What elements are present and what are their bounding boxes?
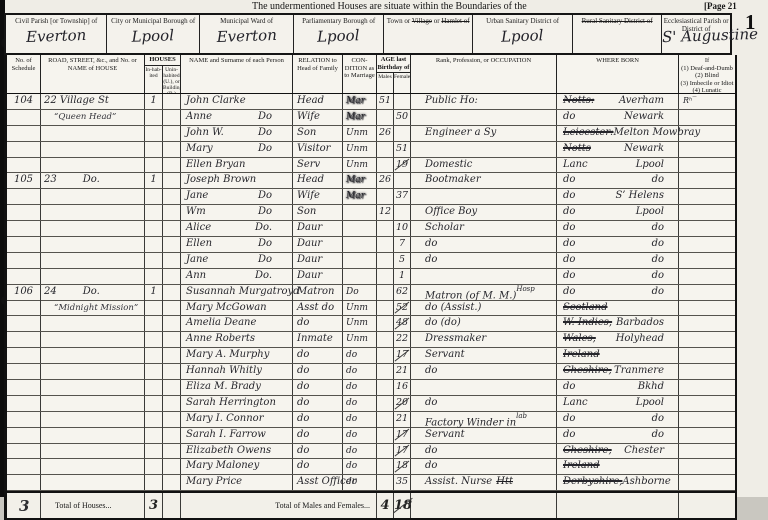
inhabited-mark [145, 444, 163, 459]
condition [343, 221, 377, 236]
schedule-number [7, 126, 41, 141]
infirmity-note [679, 348, 735, 363]
district-box-value: Lpool [473, 25, 572, 46]
district-box: City or Municipal Borough ofLpool [107, 15, 199, 53]
table-row: 10422 Village St1John ClarkeHeadMar51Pub… [7, 94, 735, 110]
person-name: Mary McGowan [181, 301, 293, 316]
infirmity-note [679, 269, 735, 284]
district-box: Parliamentary Borough ofLpool [294, 15, 384, 53]
infirmity-note [679, 396, 735, 411]
district-box: Urban Sanitary District ofLpool [473, 15, 572, 53]
table-row: Mary A. Murphydodo17ServantIreland [7, 348, 735, 364]
age-female: 19 [394, 158, 411, 173]
condition: Unm [343, 332, 377, 347]
inhabited-mark [145, 189, 163, 204]
uninhabited-mark [163, 396, 181, 411]
occupation: Assist. NurseHtt [411, 475, 557, 490]
road-name [41, 332, 145, 347]
age-female: 18 [394, 459, 411, 474]
district-box-label: Town or Village or Hamlet of [384, 15, 473, 25]
person-name: John W.Do [181, 126, 293, 141]
where-born: doLpool [557, 205, 679, 220]
occupation: do (Assist.) [411, 301, 557, 316]
inhabited-mark [145, 428, 163, 443]
col-header-name: NAME and Surname of each Person [181, 55, 293, 93]
person-name: AnnDo. [181, 269, 293, 284]
table-row: 10624Do.1Susannah MurgatroydMatronDo62Ma… [7, 285, 735, 301]
age-male [377, 269, 394, 284]
infirmity-note [679, 301, 735, 316]
age-male [377, 301, 394, 316]
occupation [411, 142, 557, 157]
condition: Unm [343, 142, 377, 157]
infirmity-note [679, 253, 735, 268]
occupation [411, 380, 557, 395]
col-header-where-born: WHERE BORN [557, 55, 679, 93]
infirmity-note [679, 475, 735, 490]
age-male [377, 189, 394, 204]
schedule-number [7, 142, 41, 157]
schedule-number [7, 269, 41, 284]
schedule-number [7, 205, 41, 220]
age-male: 12 [377, 205, 394, 220]
relation: Daur [293, 221, 343, 236]
uninhabited-mark [163, 158, 181, 173]
infirmity-note [679, 142, 735, 157]
condition [343, 237, 377, 252]
col-header-relation: RELATION to Head of Family [293, 55, 343, 93]
infirmity-note [679, 444, 735, 459]
age-female [394, 94, 411, 109]
relation: do [293, 444, 343, 459]
age-male: 51 [377, 94, 394, 109]
infirmity-note [679, 332, 735, 347]
district-box-value: Lpool [294, 25, 383, 46]
relation: Asst do [293, 301, 343, 316]
where-born: LancLpool [557, 396, 679, 411]
person-name: JaneDo [181, 189, 293, 204]
schedule-number [7, 364, 41, 379]
page-label: [Page 21 [704, 1, 737, 11]
census-sheet: The undermentioned Houses are situate wi… [0, 0, 768, 497]
table-row: Sarah I. Farrowdodo17Servantdodo [7, 428, 735, 444]
schedule-number [7, 396, 41, 411]
schedule-number [7, 301, 41, 316]
road-name [41, 269, 145, 284]
inhabited-mark [145, 110, 163, 125]
occupation: Domestic [411, 158, 557, 173]
table-row: “Midnight Mission”Mary McGowanAsst doUnm… [7, 301, 735, 317]
district-box-label: Municipal Ward of [200, 15, 293, 25]
relation: do [293, 380, 343, 395]
relation: Daur [293, 237, 343, 252]
road-name: 22 Village St [41, 94, 145, 109]
schedule-number [7, 348, 41, 363]
person-name: EllenDo [181, 237, 293, 252]
person-name: Mary Price [181, 475, 293, 490]
person-name: MaryDo [181, 142, 293, 157]
infirmity-note [679, 428, 735, 443]
uninhabited-mark [163, 173, 181, 188]
person-name: Elizabeth Owens [181, 444, 293, 459]
relation: Visitor [293, 142, 343, 157]
table-row: Sarah Herringtondodo20doLancLpool [7, 396, 735, 412]
total-males-value: 4 [377, 493, 394, 497]
table-row: EllenDoDaur7dododo [7, 237, 735, 253]
age-female: 50 [394, 110, 411, 125]
age-female: 17 [394, 444, 411, 459]
age-male [377, 110, 394, 125]
table-row: Anne RobertsInmateUnm22DressmakerWales,H… [7, 332, 735, 348]
schedule-number [7, 459, 41, 474]
road-name [41, 158, 145, 173]
person-name: WmDo [181, 205, 293, 220]
uninhabited-mark [163, 316, 181, 331]
uninhabited-mark [163, 459, 181, 474]
where-born: dodo [557, 269, 679, 284]
condition: do [343, 396, 377, 411]
schedule-number [7, 428, 41, 443]
where-born: doNewark [557, 110, 679, 125]
occupation: Office Boy [411, 205, 557, 220]
totals-row: 3 Total of Houses... 3 Total of Males an… [7, 491, 735, 497]
occupation [411, 110, 557, 125]
where-born: Cheshire,Chester [557, 444, 679, 459]
infirmity-note [679, 380, 735, 395]
uninhabited-mark [163, 110, 181, 125]
uninhabited-mark [163, 428, 181, 443]
condition: do [343, 459, 377, 474]
person-name: John Clarke [181, 94, 293, 109]
infirmity-note [679, 173, 735, 188]
table-row: Mary PriceAsst Officerdo35Assist. NurseH… [7, 475, 735, 491]
where-born: Wales,Holyhead [557, 332, 679, 347]
age-male [377, 158, 394, 173]
inhabited-mark [145, 396, 163, 411]
age-female: 21 [394, 364, 411, 379]
age-female: 1 [394, 269, 411, 284]
schedule-number: 105 [7, 173, 41, 188]
person-name: Sarah I. Farrow [181, 428, 293, 443]
condition: Mar [343, 94, 377, 109]
table-row: AliceDo.Daur10Scholardodo [7, 221, 735, 237]
age-female: 7 [394, 237, 411, 252]
road-name [41, 475, 145, 490]
person-name: JaneDo [181, 253, 293, 268]
inhabited-mark [145, 459, 163, 474]
infirmity-note [679, 459, 735, 474]
where-born: dodo [557, 253, 679, 268]
age-male: 26 [377, 173, 394, 188]
district-box-label: Civil Parish [or Township] of [6, 15, 106, 25]
houses-pencil-total: 3 [7, 493, 41, 497]
inhabited-mark [145, 126, 163, 141]
inhabited-mark [145, 332, 163, 347]
age-female: 17 [394, 428, 411, 443]
where-born: W. Indies,Barbados [557, 316, 679, 331]
condition: do [343, 444, 377, 459]
district-boxes: Civil Parish [or Township] ofEvertonCity… [4, 13, 732, 55]
total-houses-value: 3 [145, 493, 163, 497]
occupation [411, 189, 557, 204]
table-row: John W.DoSonUnm26Engineer a SyLeicester:… [7, 126, 735, 142]
road-name [41, 364, 145, 379]
condition: do [343, 380, 377, 395]
age-female [394, 205, 411, 220]
age-male [377, 475, 394, 490]
district-box-value: Everton [6, 25, 107, 46]
occupation: do [411, 396, 557, 411]
inhabited-mark: 1 [145, 94, 163, 109]
uninhabited-mark [163, 364, 181, 379]
age-male [377, 237, 394, 252]
person-name: Mary A. Murphy [181, 348, 293, 363]
schedule-number [7, 380, 41, 395]
road-name: “Midnight Mission” [41, 301, 145, 316]
uninhabited-mark [163, 380, 181, 395]
condition: Mar [343, 110, 377, 125]
table-row: Mary Maloneydodo18doIreland [7, 459, 735, 475]
condition: do [343, 475, 377, 490]
road-name [41, 237, 145, 252]
relation: do [293, 316, 343, 331]
person-name: Ellen Bryan [181, 158, 293, 173]
uninhabited-mark [163, 253, 181, 268]
occupation: do [411, 459, 557, 474]
age-male: 26 [377, 126, 394, 141]
person-name: Anne Roberts [181, 332, 293, 347]
table-row: “Queen Head”AnneDoWifeMar50doNewark [7, 110, 735, 126]
inhabited-mark [145, 348, 163, 363]
houses-group-label: HOUSES [145, 55, 180, 66]
person-name: Joseph Brown [181, 173, 293, 188]
occupation [411, 269, 557, 284]
condition [343, 253, 377, 268]
occupation: Public Ho: [411, 94, 557, 109]
infirmity-note [679, 189, 735, 204]
col-header-condition: CON-DITION as to Marriage [343, 55, 377, 93]
infirmity-note [679, 158, 735, 173]
where-born: dodo [557, 221, 679, 236]
condition: Mar [343, 173, 377, 188]
uninhabited-total [163, 493, 181, 497]
age-female: 37 [394, 189, 411, 204]
total-persons-label: Total of Males and Females... [181, 493, 377, 497]
infirmity-note [679, 237, 735, 252]
table-row: Ellen BryanServUnm19DomesticLancLpool [7, 158, 735, 174]
person-name: Hannah Whitly [181, 364, 293, 379]
infirmity-note [679, 126, 735, 141]
census-rows: 10422 Village St1John ClarkeHeadMar51Pub… [7, 94, 735, 491]
age-male [377, 253, 394, 268]
condition: do [343, 364, 377, 379]
uninhabited-mark [163, 475, 181, 490]
occupation: do [411, 253, 557, 268]
condition [343, 205, 377, 220]
condition: Unm [343, 301, 377, 316]
age-female: 16 [394, 380, 411, 395]
col-header-disability: If (1) Deaf-and-Dumb (2) Blind (3) Imbec… [679, 55, 735, 93]
district-box-value: Lpool [107, 25, 199, 46]
road-name [41, 221, 145, 236]
condition: do [343, 428, 377, 443]
relation: do [293, 364, 343, 379]
age-female: 51 [394, 142, 411, 157]
relation: do [293, 428, 343, 443]
table-row: JaneDoWifeMar37doS’ Helens [7, 189, 735, 205]
where-born: dodo [557, 237, 679, 252]
relation: Son [293, 126, 343, 141]
top-strip: The undermentioned Houses are situate wi… [4, 0, 764, 13]
condition [343, 269, 377, 284]
col-header-females: Females [394, 73, 410, 93]
schedule-number [7, 253, 41, 268]
condition: do [343, 348, 377, 363]
table-row: Mary I. Connordodo21Factory Winder inlab… [7, 412, 735, 428]
person-name: Mary Maloney [181, 459, 293, 474]
occupation: do [411, 364, 557, 379]
schedule-number [7, 332, 41, 347]
relation: Head [293, 173, 343, 188]
schedule-number [7, 189, 41, 204]
age-female: 48 [394, 316, 411, 331]
undermentioned-note: The undermentioned Houses are situate wi… [252, 1, 527, 12]
uninhabited-mark [163, 221, 181, 236]
inhabited-mark [145, 158, 163, 173]
uninhabited-mark [163, 444, 181, 459]
where-born: dodo [557, 428, 679, 443]
uninhabited-mark [163, 237, 181, 252]
age-male [377, 332, 394, 347]
table-row: JaneDoDaur5dododo [7, 253, 735, 269]
road-name [41, 126, 145, 141]
infirmity-note: Rʰ‾ [679, 94, 735, 109]
person-name: Amelia Deane [181, 316, 293, 331]
age-male [377, 428, 394, 443]
occupation: Engineer a Sy [411, 126, 557, 141]
road-name [41, 253, 145, 268]
age-male [377, 396, 394, 411]
footer-disability-cell [679, 493, 735, 497]
total-houses-label: Total of Houses... [41, 493, 145, 497]
inhabited-mark [145, 253, 163, 268]
condition: Mar [343, 189, 377, 204]
district-box-label: Parliamentary Borough of [294, 15, 383, 25]
inhabited-mark [145, 316, 163, 331]
relation: Head [293, 94, 343, 109]
inhabited-mark [145, 142, 163, 157]
relation: Inmate [293, 332, 343, 347]
road-name [41, 316, 145, 331]
col-header-road: ROAD, STREET, &c., and No. or NAME of HO… [41, 55, 145, 93]
where-born: LancLpool [557, 158, 679, 173]
uninhabited-mark [163, 348, 181, 363]
relation: Son [293, 205, 343, 220]
age-group-label: AGE last Birthday of [377, 55, 410, 73]
age-male [377, 316, 394, 331]
age-male [377, 348, 394, 363]
person-name: Eliza M. Brady [181, 380, 293, 395]
col-header-inhabited: In-hab-ited [145, 66, 163, 94]
infirmity-note [679, 316, 735, 331]
schedule-number: 104 [7, 94, 41, 109]
infirmity-note [679, 221, 735, 236]
inhabited-mark [145, 237, 163, 252]
district-box: Rural Sanitary District of [573, 15, 663, 53]
table-row: 10523Do.1Joseph BrownHeadMar26Bootmakerd… [7, 173, 735, 189]
inhabited-mark [145, 475, 163, 490]
schedule-number [7, 475, 41, 490]
schedule-number [7, 221, 41, 236]
district-box-label: Urban Sanitary District of [473, 15, 571, 25]
road-name [41, 396, 145, 411]
schedule-number [7, 110, 41, 125]
occupation: do [411, 444, 557, 459]
uninhabited-mark [163, 301, 181, 316]
person-name: Sarah Herrington [181, 396, 293, 411]
road-name [41, 459, 145, 474]
col-header-males: Males [377, 73, 394, 93]
where-born: Ireland [557, 459, 679, 474]
table-row: Elizabeth Owensdodo17doCheshire,Chester [7, 444, 735, 460]
schedule-number [7, 316, 41, 331]
relation: do [293, 459, 343, 474]
district-box: Town or Village or Hamlet of [384, 15, 474, 53]
inhabited-mark [145, 364, 163, 379]
table-row: Hannah Whitlydodo21doCheshire,Tranmere [7, 364, 735, 380]
uninhabited-mark [163, 269, 181, 284]
where-born: NottsNewark [557, 142, 679, 157]
age-male [377, 444, 394, 459]
person-name: AliceDo. [181, 221, 293, 236]
age-female: 10 [394, 221, 411, 236]
infirmity-note [679, 364, 735, 379]
district-box: Civil Parish [or Township] ofEverton [6, 15, 107, 53]
district-box-value: Everton [200, 25, 294, 46]
occupation: Scholar [411, 221, 557, 236]
col-header-houses: HOUSES In-hab-ited Unin-habited (U.), or… [145, 55, 181, 93]
table-row: MaryDoVisitorUnm51NottsNewark [7, 142, 735, 158]
table-row: WmDoSon12Office BoydoLpool [7, 205, 735, 221]
road-name [41, 189, 145, 204]
age-female: 35 [394, 475, 411, 490]
infirmity-note [679, 110, 735, 125]
inhabited-mark [145, 380, 163, 395]
person-name: AnneDo [181, 110, 293, 125]
footer-occupation-cell [411, 493, 557, 497]
condition: Unm [343, 126, 377, 141]
footer-born-cell [557, 493, 679, 497]
age-female: 22 [394, 332, 411, 347]
age-female [394, 126, 411, 141]
table-row: Eliza M. Bradydodo16doBkhd [7, 380, 735, 396]
col-header-occupation: Rank, Profession, or OCCUPATION [411, 55, 557, 93]
age-female: 20 [394, 396, 411, 411]
district-box-label: City or Municipal Borough of [107, 15, 198, 25]
age-female [394, 173, 411, 188]
col-header-age: AGE last Birthday of Males Females [377, 55, 411, 93]
road-name [41, 428, 145, 443]
age-male [377, 380, 394, 395]
col-header-schedule: No. of Schedule [7, 55, 41, 93]
road-name [41, 380, 145, 395]
district-box: Municipal Ward ofEverton [200, 15, 294, 53]
district-box-value: S' Augustine [662, 26, 730, 46]
uninhabited-mark [163, 126, 181, 141]
age-female: 52 [394, 301, 411, 316]
table-row: AnnDo.Daur1dodo [7, 269, 735, 285]
where-born: doBkhd [557, 380, 679, 395]
